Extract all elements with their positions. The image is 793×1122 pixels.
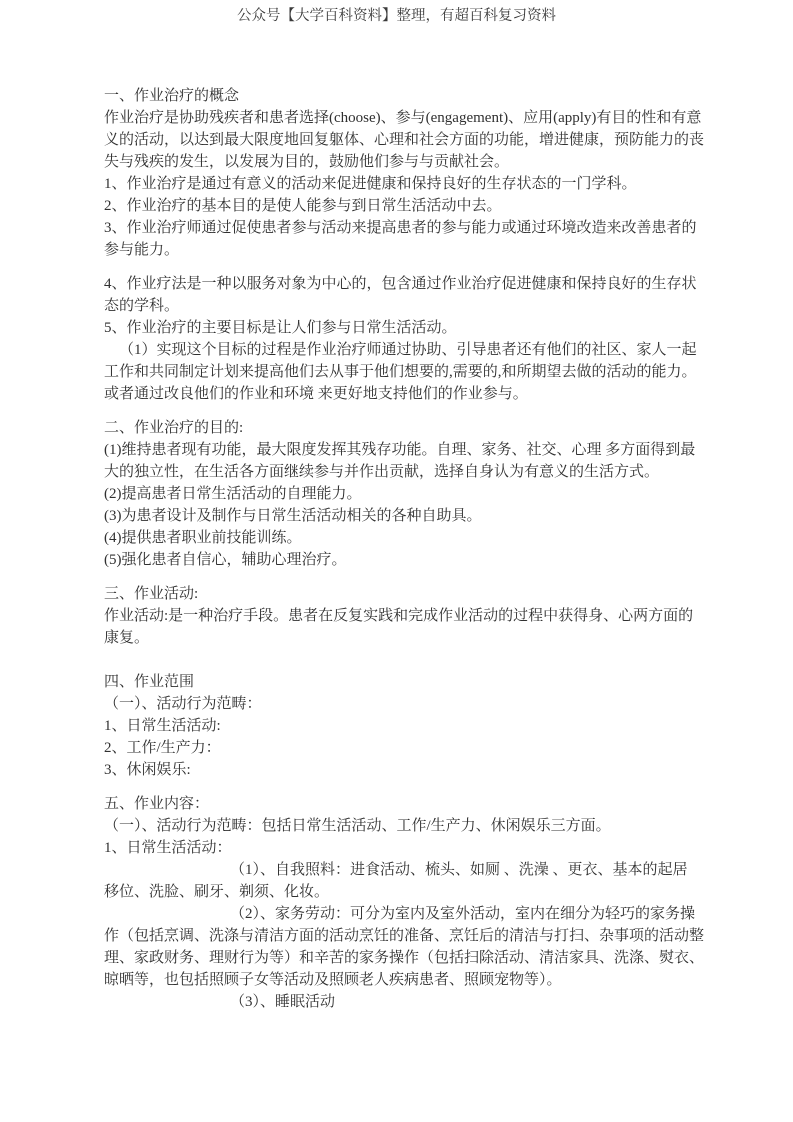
- text-line: 3、休闲娱乐:: [104, 759, 716, 781]
- text-line: 工作和共同制定计划来提高他们去从事于他们想要的,需要的,和所期望去做的活动的能力…: [104, 361, 716, 383]
- paragraph-gap: [104, 649, 716, 671]
- page: 公众号【大学百科资料】整理，有超百科复习资料 一、作业治疗的概念作业治疗是协助残…: [0, 0, 793, 1122]
- paragraph-gap: [104, 261, 716, 273]
- text-line: 义的活动，以达到最大限度地回复躯体、心理和社会方面的功能，增进健康，预防能力的丧: [104, 129, 716, 151]
- text-line: 作业治疗是协助残疾者和患者选择(choose)、参与(engagement)、应…: [104, 107, 716, 129]
- text-line: 移位、洗脸、刷牙、剃须、化妆。: [104, 881, 716, 903]
- text-line: 5、作业治疗的主要目标是让人们参与日常生活活动。: [104, 317, 716, 339]
- text-line: 失与残疾的发生，以发展为目的，鼓励他们参与与贡献社会。: [104, 151, 716, 173]
- text-line: 3、作业治疗师通过促使患者参与活动来提高患者的参与能力或通过环境改造来改善患者的: [104, 217, 716, 239]
- text-line: 1、日常生活活动：: [104, 837, 716, 859]
- text-line: 二、作业治疗的目的:: [104, 417, 716, 439]
- text-line: 作（包括烹调、洗涤与清洁方面的活动烹饪的准备、烹饪后的清洁与打扫、杂事项的活动整: [104, 925, 716, 947]
- text-line: 三、作业活动:: [104, 583, 716, 605]
- text-line: 2、作业治疗的基本目的是使人能参与到日常生活活动中去。: [104, 195, 716, 217]
- paragraph-gap: [104, 571, 716, 583]
- text-line: 晾晒等，也包括照顾子女等活动及照顾老人疾病患者、照顾宠物等）。: [104, 969, 716, 991]
- page-header: 公众号【大学百科资料】整理，有超百科复习资料: [0, 7, 793, 25]
- text-line: 理、家政财务、理财行为等）和辛苦的家务操作（包括扫除活动、清洁家具、洗涤、熨衣、: [104, 947, 716, 969]
- text-line: (3)为患者设计及制作与日常生活活动相关的各种自助具。: [104, 505, 716, 527]
- text-line: 1、作业治疗是通过有意义的活动来促进健康和保持良好的生存状态的一门学科。: [104, 173, 716, 195]
- text-line: 或者通过改良他们的作业和环境 来更好地支持他们的作业参与。: [104, 383, 716, 405]
- text-line: 作业活动:是一种治疗手段。患者在反复实践和完成作业活动的过程中获得身、心两方面的: [104, 605, 716, 627]
- text-line: （一）、活动行为范畴：包括日常生活活动、工作/生产力、休闲娱乐三方面。: [104, 815, 716, 837]
- text-line: （2）、家务劳动：可分为室内及室外活动，室内在细分为轻巧的家务操: [104, 903, 716, 925]
- text-line: 态的学科。: [104, 295, 716, 317]
- paragraph-gap: [104, 405, 716, 417]
- text-line: 康复。: [104, 627, 716, 649]
- text-line: （3）、睡眠活动: [104, 991, 716, 1013]
- text-line: 参与能力。: [104, 239, 716, 261]
- text-line: 1、日常生活活动:: [104, 715, 716, 737]
- text-line: （1）、自我照料：进食活动、梳头、如厕 、洗澡 、更衣、基本的起居: [104, 859, 716, 881]
- text-line: 五、作业内容：: [104, 793, 716, 815]
- text-line: 2、工作/生产力：: [104, 737, 716, 759]
- text-line: 一、作业治疗的概念: [104, 85, 716, 107]
- text-line: 四、作业范围: [104, 671, 716, 693]
- document-body: 一、作业治疗的概念作业治疗是协助残疾者和患者选择(choose)、参与(enga…: [104, 85, 716, 1013]
- text-line: (2)提高患者日常生活活动的自理能力。: [104, 483, 716, 505]
- text-line: (4)提供患者职业前技能训练。: [104, 527, 716, 549]
- text-line: （1）实现这个目标的过程是作业治疗师通过协助、引导患者还有他们的社区、家人一起: [104, 339, 716, 361]
- text-line: 大的独立性，在生活各方面继续参与并作出贡献，选择自身认为有意义的生活方式。: [104, 461, 716, 483]
- text-line: （一）、活动行为范畴：: [104, 693, 716, 715]
- text-line: (1)维持患者现有功能，最大限度发挥其残存功能。自理、家务、社交、心理 多方面得…: [104, 439, 716, 461]
- text-line: (5)强化患者自信心，辅助心理治疗。: [104, 549, 716, 571]
- paragraph-gap: [104, 781, 716, 793]
- text-line: 4、作业疗法是一种以服务对象为中心的，包含通过作业治疗促进健康和保持良好的生存状: [104, 273, 716, 295]
